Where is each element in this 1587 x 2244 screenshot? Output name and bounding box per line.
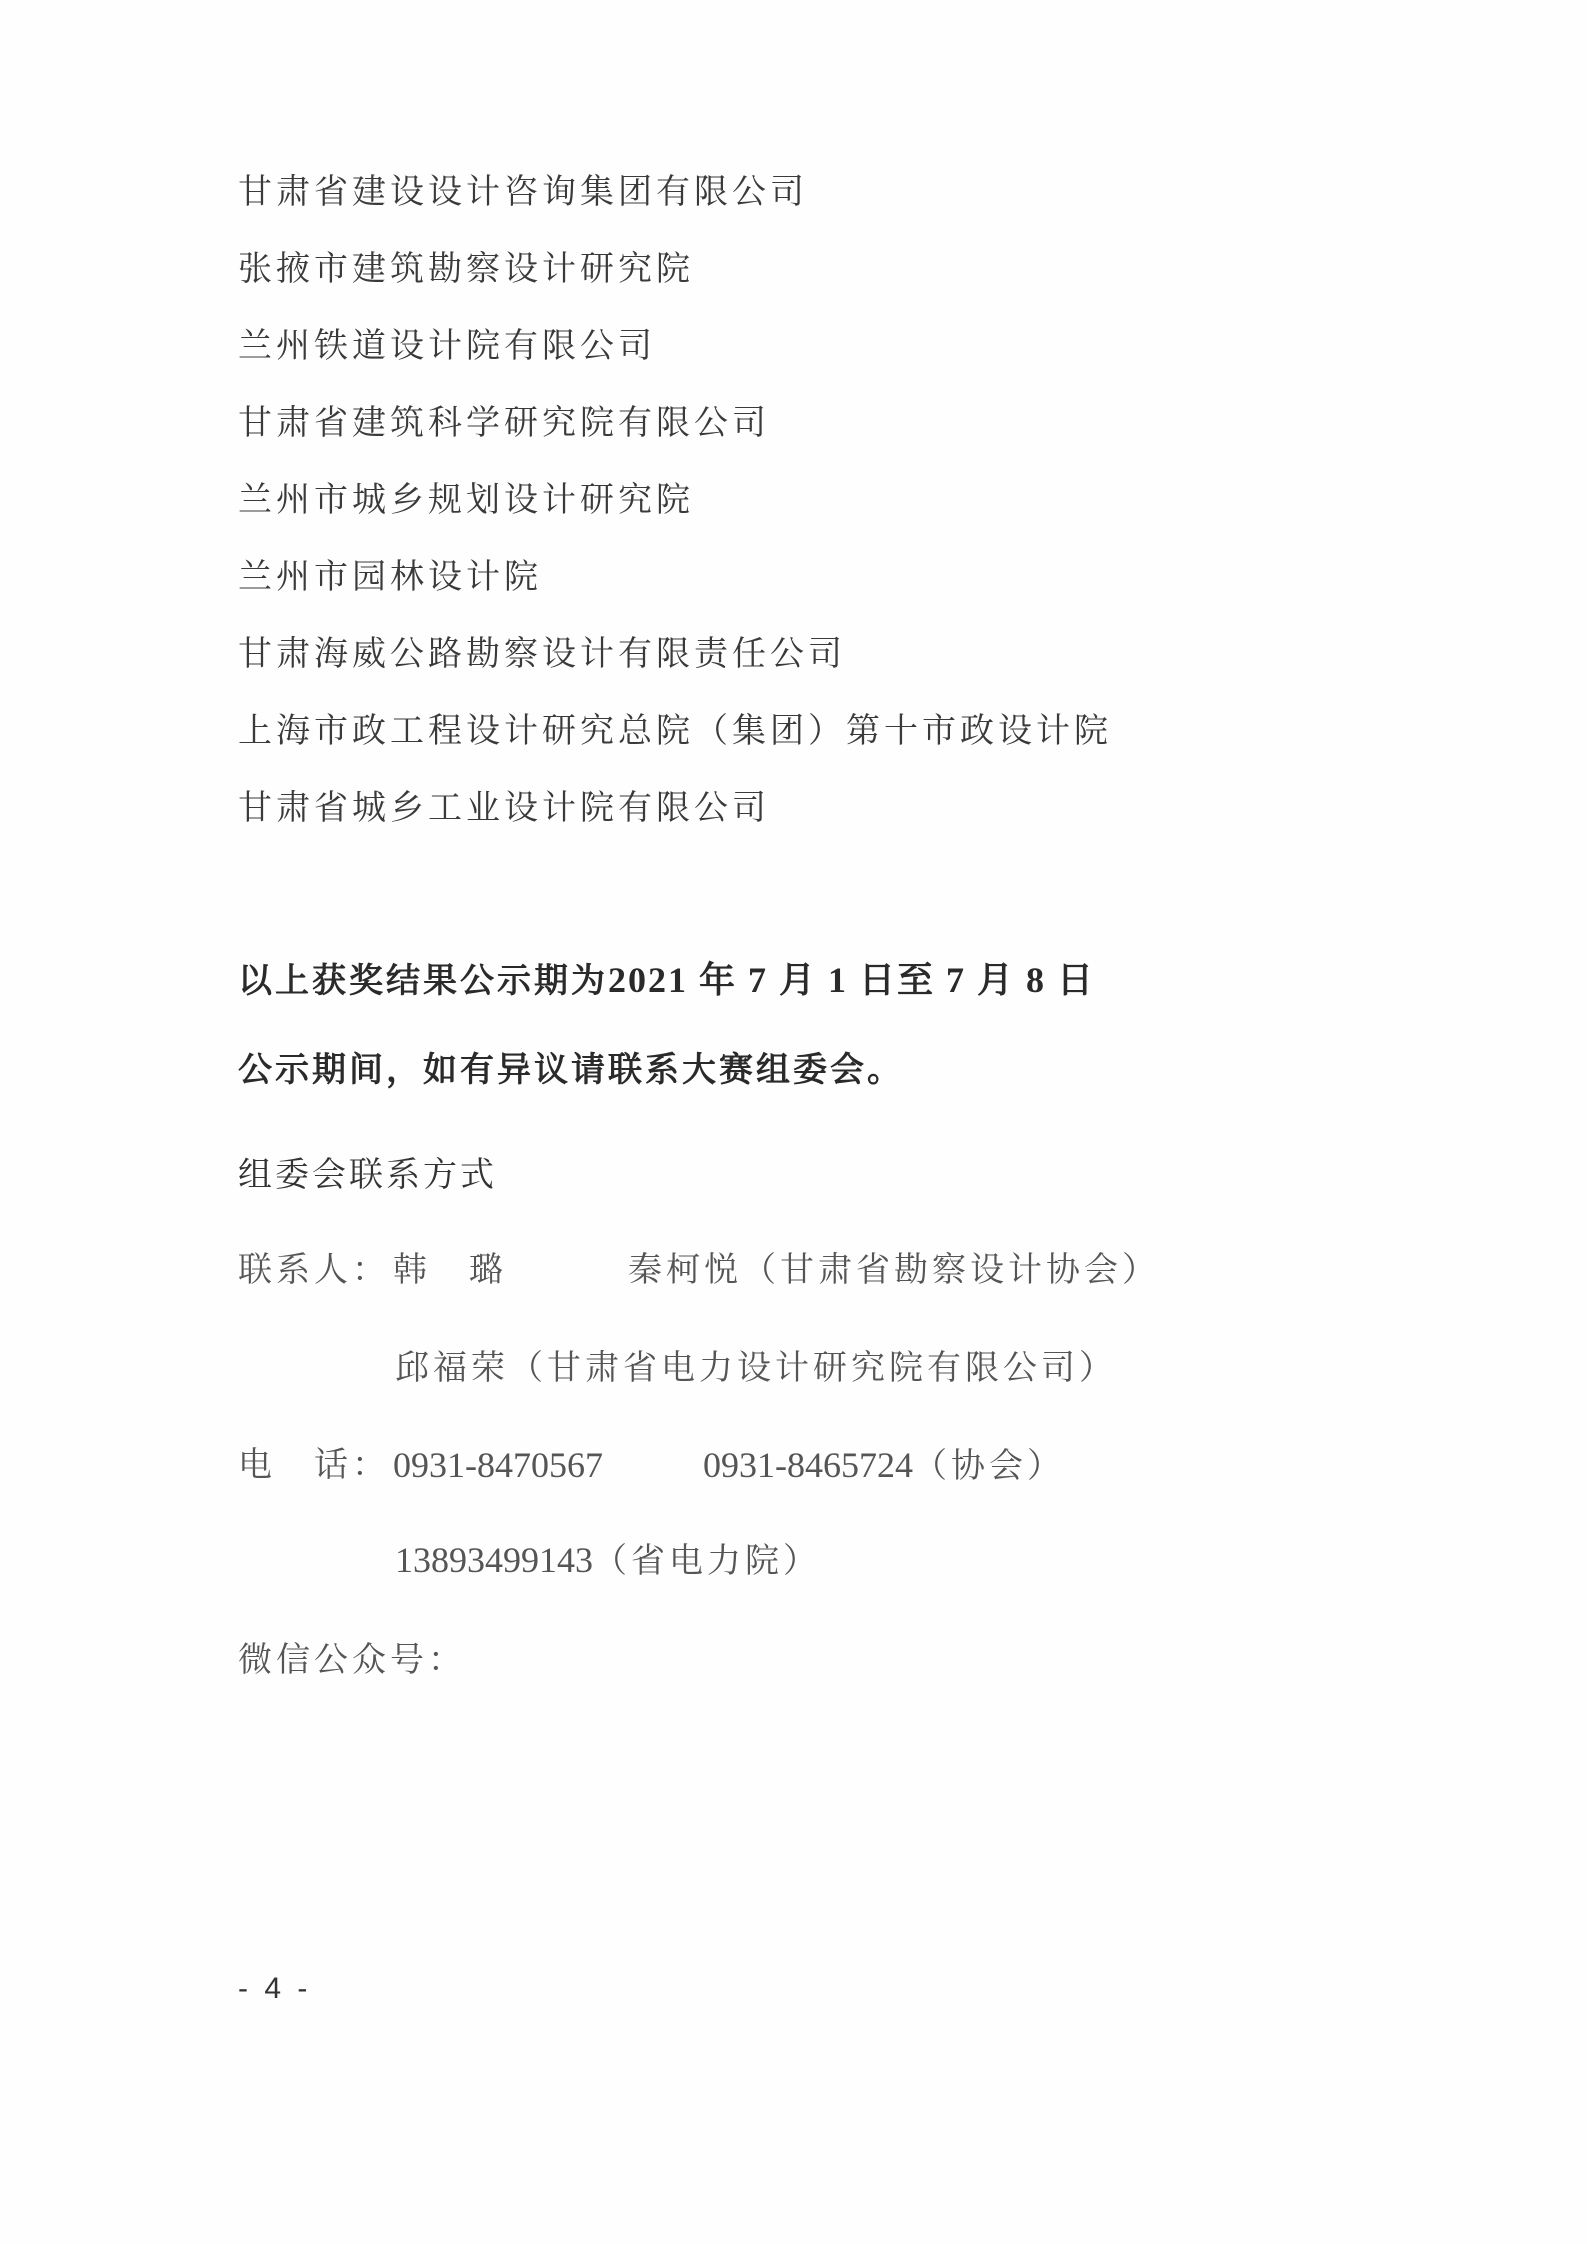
objection-notice: 公示期间，如有异议请联系大赛组委会。: [238, 1050, 904, 1090]
phone-2-note: （协会）: [913, 1446, 1065, 1486]
company-item: 甘肃省建筑科学研究院有限公司: [238, 403, 770, 443]
company-item: 兰州市园林设计院: [238, 557, 542, 597]
contact-person-2: 秦柯悦（甘肃省勘察设计协会）: [628, 1250, 1160, 1290]
phone-1: 0931-8470567: [393, 1445, 603, 1485]
phone-2-number: 0931-8465724: [703, 1445, 913, 1485]
page-number: - 4 -: [238, 1972, 311, 2006]
document-page: 甘肃省建设设计咨询集团有限公司 张掖市建筑勘察设计研究院 兰州铁道设计院有限公司…: [0, 0, 1587, 2244]
company-item: 兰州铁道设计院有限公司: [238, 326, 656, 366]
company-item: 上海市政工程设计研究总院（集团）第十市政设计院: [238, 711, 1112, 751]
contact-person-3: 邱福荣（甘肃省电力设计研究院有限公司）: [395, 1348, 1117, 1388]
contact-person-label: 联系人：: [238, 1250, 390, 1290]
phone-label: 电 话：: [238, 1445, 390, 1485]
company-item: 甘肃省城乡工业设计院有限公司: [238, 788, 770, 828]
phone-3-number: 13893499143: [395, 1540, 593, 1580]
contact-heading: 组委会联系方式: [238, 1155, 497, 1195]
publicity-period-prefix: 以上获奖结果公示期为: [238, 961, 608, 1001]
company-item: 兰州市城乡规划设计研究院: [238, 480, 694, 520]
wechat-label: 微信公众号：: [238, 1640, 466, 1680]
phone-3-note: （省电力院）: [593, 1541, 821, 1581]
phone-3: 13893499143（省电力院）: [395, 1540, 821, 1581]
company-item: 甘肃省建设设计咨询集团有限公司: [238, 172, 808, 212]
contact-person-1: 韩 璐: [393, 1250, 507, 1290]
contact-persons-row: 联系人： 韩 璐 秦柯悦（甘肃省勘察设计协会）: [238, 1250, 1238, 1290]
company-item: 甘肃海威公路勘察设计有限责任公司: [238, 634, 846, 674]
phone-row: 电 话： 0931-8470567 0931-8465724（协会）: [238, 1445, 1238, 1485]
publicity-period-date: 2021 年 7 月 1 日至 7 月 8 日: [608, 960, 1095, 1000]
publicity-period: 以上获奖结果公示期为2021 年 7 月 1 日至 7 月 8 日: [238, 960, 1095, 1001]
company-item: 张掖市建筑勘察设计研究院: [238, 249, 694, 289]
phone-2: 0931-8465724（协会）: [703, 1445, 1065, 1486]
